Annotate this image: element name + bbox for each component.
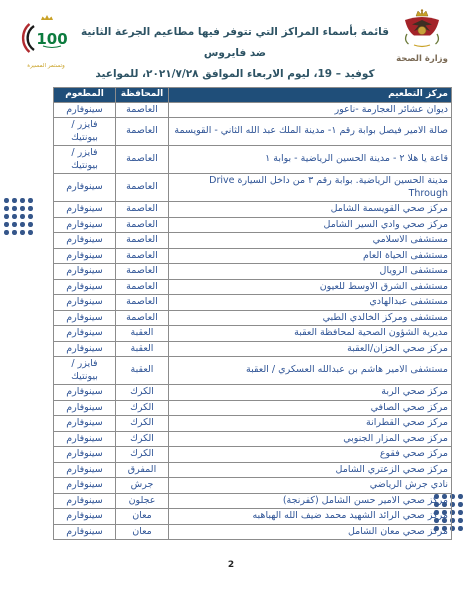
cell-vaccine: سينوفارم <box>54 341 116 357</box>
table-row: نادي جرش الرياضيجرشسينوفارم <box>54 478 452 494</box>
table-row: مركز صحي الزعتري الشاملالمفرقسينوفارم <box>54 462 452 478</box>
cell-center: مركز صحي الرائد الشهيد محمد ضيف الله اله… <box>169 509 452 525</box>
cell-center: مركز صحي فقوع <box>169 447 452 463</box>
cell-vaccine: سينوفارم <box>54 493 116 509</box>
table-row: مدينة الحسين الرياضية. بوابة رقم ٣ من دا… <box>54 174 452 202</box>
cell-vaccine: سينوفارم <box>54 248 116 264</box>
cell-governorate: معان <box>116 524 169 540</box>
document-page: { "header": { "title_line1": "قائمة بأسم… <box>0 0 464 600</box>
cell-center: مركز صحي القويسمة الشامل <box>169 202 452 218</box>
cell-vaccine: فايزر / بيونتيك <box>54 357 116 385</box>
cell-center: مركز صحي معان الشامل <box>169 524 452 540</box>
cell-center: مستشفى الرويال <box>169 264 452 280</box>
cell-governorate: العاصمة <box>116 174 169 202</box>
table-row: مركز صحي الامير حسن الشامل (كفرنجة)عجلون… <box>54 493 452 509</box>
table-row: مركز صحي فقوعالكركسينوفارم <box>54 447 452 463</box>
cell-center: مركز صحي الامير حسن الشامل (كفرنجة) <box>169 493 452 509</box>
table-row: مستشفى الاسلاميالعاصمةسينوفارم <box>54 233 452 249</box>
vaccination-centers-table: مركز التطعيم المحافظة المطعوم ديوان عشائ… <box>53 87 452 540</box>
cell-center: مستشفى الشرق الاوسط للعيون <box>169 279 452 295</box>
title-line-1: قائمة بأسماء المراكز التي تتوفر فيها مطا… <box>80 22 390 64</box>
cell-center: قاعة يا هلا ٢ - مدينة الحسين الرياضية - … <box>169 146 452 174</box>
svg-text:100: 100 <box>36 30 67 48</box>
table-row: مستشفى الرويالالعاصمةسينوفارم <box>54 264 452 280</box>
cell-governorate: العقبة <box>116 326 169 342</box>
cell-center: مركز صحي الربة <box>169 385 452 401</box>
cell-governorate: المفرق <box>116 462 169 478</box>
cell-governorate: الكرك <box>116 447 169 463</box>
cell-vaccine: سينوفارم <box>54 326 116 342</box>
cell-vaccine: سينوفارم <box>54 416 116 432</box>
cell-vaccine: سينوفارم <box>54 264 116 280</box>
cell-governorate: العاصمة <box>116 217 169 233</box>
cell-vaccine: سينوفارم <box>54 202 116 218</box>
cell-center: مستشفى الحياة العام <box>169 248 452 264</box>
cell-governorate: العاصمة <box>116 233 169 249</box>
cell-governorate: جرش <box>116 478 169 494</box>
cell-governorate: الكرك <box>116 431 169 447</box>
cell-center: مركز صحي المزار الجنوبي <box>169 431 452 447</box>
cell-vaccine: سينوفارم <box>54 102 116 118</box>
table-row: مركز صحي الخزان/العقبةالعقبةسينوفارم <box>54 341 452 357</box>
cell-vaccine: سينوفارم <box>54 524 116 540</box>
ministry-label: وزارة الصحة <box>392 54 452 64</box>
table-body: ديوان عشائر العجارمة -ناعورالعاصمةسينوفا… <box>54 102 452 540</box>
cell-vaccine: فايزر / بيونتيك <box>54 146 116 174</box>
cell-vaccine: فايزر / بيونتيك <box>54 118 116 146</box>
cell-center: مركز صحي وادي السير الشامل <box>169 217 452 233</box>
cell-governorate: العاصمة <box>116 248 169 264</box>
table-row: مديرية الشؤون الصحية لمحافظة العقبةالعقب… <box>54 326 452 342</box>
table-row: مركز صحي الربةالكركسينوفارم <box>54 385 452 401</box>
page-number: 2 <box>222 560 240 570</box>
jordan-coat-of-arms-icon <box>399 34 445 53</box>
cell-vaccine: سينوفارم <box>54 447 116 463</box>
column-header-center: مركز التطعيم <box>169 88 452 103</box>
table-row: مستشفى الامير هاشم بن عبدالله العسكري / … <box>54 357 452 385</box>
cell-vaccine: سينوفارم <box>54 174 116 202</box>
cell-vaccine: سينوفارم <box>54 295 116 311</box>
table-row: مستشفى الحياة العامالعاصمةسينوفارم <box>54 248 452 264</box>
cell-center: مركز صحي القطرانة <box>169 416 452 432</box>
cell-governorate: الكرك <box>116 416 169 432</box>
cell-vaccine: سينوفارم <box>54 400 116 416</box>
cell-governorate: معان <box>116 509 169 525</box>
cell-center: مركز صحي الخزان/العقبة <box>169 341 452 357</box>
decorative-dots-left <box>4 198 33 235</box>
table-row: مركز صحي المزار الجنوبيالكركسينوفارم <box>54 431 452 447</box>
table-row: مستشفى عبدالهاديالعاصمةسينوفارم <box>54 295 452 311</box>
table-row: مركز صحي القويسمة الشاملالعاصمةسينوفارم <box>54 202 452 218</box>
cell-governorate: العاصمة <box>116 264 169 280</box>
ministry-of-health-logo: وزارة الصحة <box>392 7 452 64</box>
cell-governorate: عجلون <box>116 493 169 509</box>
cell-center: مستشفى ومركز الخالدي الطبي <box>169 310 452 326</box>
cell-governorate: الكرك <box>116 385 169 401</box>
cell-vaccine: سينوفارم <box>54 279 116 295</box>
cell-vaccine: سينوفارم <box>54 217 116 233</box>
table-row: مستشفى الشرق الاوسط للعيونالعاصمةسينوفار… <box>54 279 452 295</box>
cell-center: صالة الامير فيصل بوابة رقم ١- مدينة المل… <box>169 118 452 146</box>
column-header-vaccine: المطعوم <box>54 88 116 103</box>
cell-governorate: العاصمة <box>116 310 169 326</box>
cell-governorate: العقبة <box>116 341 169 357</box>
cell-governorate: العاصمة <box>116 146 169 174</box>
table-row: مستشفى ومركز الخالدي الطبيالعاصمةسينوفار… <box>54 310 452 326</box>
cell-vaccine: سينوفارم <box>54 478 116 494</box>
table-row: مركز صحي معان الشاملمعانسينوفارم <box>54 524 452 540</box>
table-row: ديوان عشائر العجارمة -ناعورالعاصمةسينوفا… <box>54 102 452 118</box>
centennial-logo: 100 وتستمر المسيرة <box>16 11 76 69</box>
cell-governorate: العاصمة <box>116 118 169 146</box>
table-row: مركز صحي وادي السير الشاملالعاصمةسينوفار… <box>54 217 452 233</box>
column-header-governorate: المحافظة <box>116 88 169 103</box>
cell-governorate: العاصمة <box>116 295 169 311</box>
cell-vaccine: سينوفارم <box>54 385 116 401</box>
cell-governorate: العقبة <box>116 357 169 385</box>
cell-center: مستشفى الامير هاشم بن عبدالله العسكري / … <box>169 357 452 385</box>
table-row: صالة الامير فيصل بوابة رقم ١- مدينة المل… <box>54 118 452 146</box>
cell-vaccine: سينوفارم <box>54 431 116 447</box>
cell-center: مركز صحي الزعتري الشامل <box>169 462 452 478</box>
cell-center: مركز صحي الصافي <box>169 400 452 416</box>
cell-vaccine: سينوفارم <box>54 462 116 478</box>
cell-center: مستشفى عبدالهادي <box>169 295 452 311</box>
cell-center: مستشفى الاسلامي <box>169 233 452 249</box>
table-header-row: مركز التطعيم المحافظة المطعوم <box>54 88 452 103</box>
table-row: مركز صحي الرائد الشهيد محمد ضيف الله اله… <box>54 509 452 525</box>
cell-governorate: العاصمة <box>116 279 169 295</box>
cell-governorate: العاصمة <box>116 202 169 218</box>
cell-center: ديوان عشائر العجارمة -ناعور <box>169 102 452 118</box>
cell-vaccine: سينوفارم <box>54 509 116 525</box>
cell-center: نادي جرش الرياضي <box>169 478 452 494</box>
cell-vaccine: سينوفارم <box>54 233 116 249</box>
cell-governorate: الكرك <box>116 400 169 416</box>
cell-center: مدينة الحسين الرياضية. بوابة رقم ٣ من دا… <box>169 174 452 202</box>
cell-vaccine: سينوفارم <box>54 310 116 326</box>
table-row: قاعة يا هلا ٢ - مدينة الحسين الرياضية - … <box>54 146 452 174</box>
cell-center: مديرية الشؤون الصحية لمحافظة العقبة <box>169 326 452 342</box>
table-row: مركز صحي الصافيالكركسينوفارم <box>54 400 452 416</box>
table-row: مركز صحي القطرانةالكركسينوفارم <box>54 416 452 432</box>
cell-governorate: العاصمة <box>116 102 169 118</box>
